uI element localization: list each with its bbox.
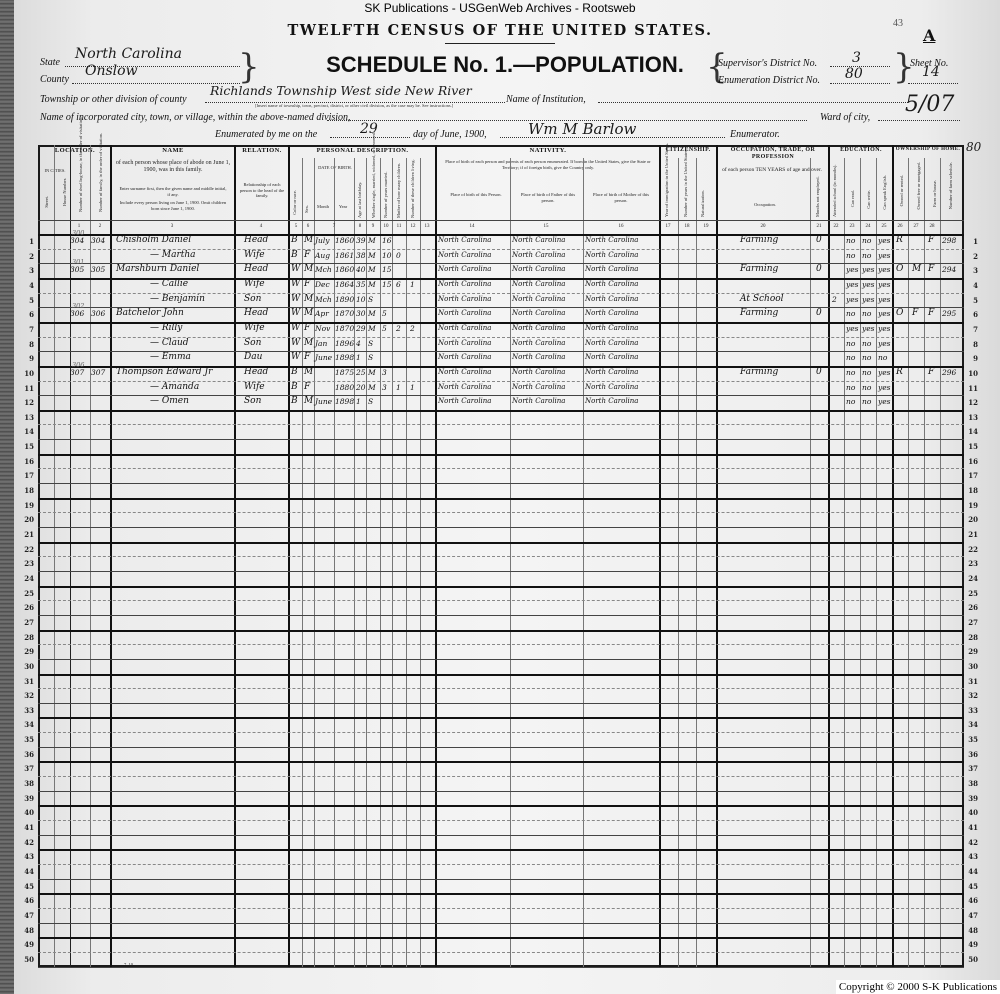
birth-month: Jan bbox=[315, 338, 327, 349]
birthplace-father: North Carolina bbox=[512, 382, 565, 393]
line-number-right: 38 bbox=[962, 779, 978, 788]
age: 38 bbox=[356, 250, 366, 261]
relation: Son bbox=[244, 396, 261, 407]
birthplace-father: North Carolina bbox=[512, 308, 565, 319]
row-divider bbox=[38, 410, 964, 412]
line-number-left: 35 bbox=[18, 735, 34, 744]
birth-year: 1898 bbox=[335, 396, 354, 407]
vheader-children-living: Number of these children living. bbox=[410, 160, 415, 218]
line-number-left: 14 bbox=[18, 427, 34, 436]
can-read: no bbox=[846, 396, 855, 407]
vheader-house: House Number. bbox=[62, 178, 67, 206]
person-name: — Omen bbox=[150, 396, 189, 407]
enumerator-label: Enumerator. bbox=[730, 129, 780, 140]
vheader-sex: Sex. bbox=[304, 205, 309, 213]
years-married: 16 bbox=[382, 235, 392, 246]
column-number: 20 bbox=[757, 224, 769, 229]
can-write: no bbox=[862, 367, 871, 378]
occupation: Farming bbox=[740, 367, 778, 378]
birth-year: 1875 bbox=[335, 367, 354, 378]
line-number-left: 13 bbox=[18, 413, 34, 422]
birthplace-person: North Carolina bbox=[438, 367, 491, 378]
header-personal-description: PERSONAL DESCRIPTION. bbox=[290, 147, 435, 154]
farm-or-house: F bbox=[928, 235, 934, 246]
column-number: 13 bbox=[421, 224, 433, 229]
sex: M bbox=[304, 338, 313, 349]
column-number: 23 bbox=[846, 224, 858, 229]
speaks-english: yes bbox=[878, 323, 891, 334]
column-number: 21 bbox=[813, 224, 825, 229]
marital-status: S bbox=[368, 396, 373, 407]
relation: Wife bbox=[244, 323, 265, 334]
birth-month: Nov bbox=[315, 323, 330, 334]
birthplace-person: North Carolina bbox=[438, 396, 491, 407]
can-read: no bbox=[846, 235, 855, 246]
line-number-left: 46 bbox=[18, 896, 34, 905]
line-number-left: 45 bbox=[18, 882, 34, 891]
header-month: Month bbox=[316, 204, 330, 210]
months-unemployed: 0 bbox=[816, 264, 822, 275]
schedule-title: SCHEDULE No. 1.—POPULATION. bbox=[300, 52, 710, 78]
marital-status: M bbox=[368, 264, 376, 275]
column-number: 12 bbox=[407, 224, 419, 229]
census-title: TWELFTH CENSUS OF THE UNITED STATES. bbox=[250, 22, 750, 39]
free-or-mortgaged: F bbox=[912, 308, 918, 319]
line-number-left: 33 bbox=[18, 706, 34, 715]
age: 10 bbox=[356, 294, 366, 305]
owned-or-rented: O bbox=[896, 264, 903, 275]
marital-status: M bbox=[368, 382, 376, 393]
sheet-side-letter: A bbox=[923, 26, 935, 45]
line-number-right: 9 bbox=[962, 354, 978, 363]
row-divider bbox=[38, 688, 964, 689]
vheader-speak-english: Can speak English. bbox=[882, 175, 887, 210]
row-divider bbox=[38, 674, 964, 676]
column-number: 25 bbox=[878, 224, 890, 229]
birthplace-mother: North Carolina bbox=[585, 279, 638, 290]
mother-of-children: 6 bbox=[396, 279, 401, 290]
row-divider bbox=[38, 820, 964, 821]
vheader-farm-schedule: Number of farm schedule. bbox=[948, 162, 953, 209]
line-number-left: 9 bbox=[18, 354, 34, 363]
line-number-right: 30 bbox=[962, 662, 978, 671]
sex: M bbox=[304, 235, 313, 246]
sheet-value: 14 bbox=[922, 64, 940, 80]
line-number-left: 20 bbox=[18, 515, 34, 524]
line-number-left: 2 bbox=[18, 252, 34, 261]
years-married: 15 bbox=[382, 279, 392, 290]
birthplace-father: North Carolina bbox=[512, 352, 565, 363]
age: 30 bbox=[356, 308, 366, 319]
enumerator-name: Wm M Barlow bbox=[528, 120, 636, 138]
township-value: Richlands Township West side New River bbox=[210, 83, 472, 98]
vheader-naturalization: Naturalization. bbox=[700, 175, 705, 217]
row-divider bbox=[38, 849, 964, 851]
township-label: Township or other division of county bbox=[40, 94, 187, 105]
line-number-left: 12 bbox=[18, 398, 34, 407]
person-name: — Claud bbox=[150, 338, 189, 349]
line-number-right: 15 bbox=[962, 442, 978, 451]
header-nativity-desc: Place of birth of each person and parent… bbox=[442, 159, 654, 170]
occupation: Farming bbox=[740, 264, 778, 275]
speaks-english: yes bbox=[878, 396, 891, 407]
birthplace-father: North Carolina bbox=[512, 367, 565, 378]
line-number-left: 5 bbox=[18, 296, 34, 305]
years-married: 5 bbox=[382, 308, 387, 319]
person-name: — Callie bbox=[150, 279, 188, 290]
institution-label: Name of Institution, bbox=[506, 94, 586, 105]
years-married: 5 bbox=[382, 323, 387, 334]
birth-year: 1896 bbox=[335, 338, 354, 349]
mother-of-children: 1 bbox=[396, 382, 401, 393]
institution-field bbox=[598, 92, 908, 103]
row-divider bbox=[38, 512, 964, 513]
line-number-right: 33 bbox=[962, 706, 978, 715]
column-number: 15 bbox=[540, 224, 552, 229]
sex: F bbox=[304, 382, 310, 393]
copyright-notice: Copyright © 2000 S-K Publications bbox=[836, 980, 1000, 994]
birthplace-father: North Carolina bbox=[512, 250, 565, 261]
mother-of-children: 0 bbox=[396, 250, 401, 261]
header-name-note1: Enter surname first, then the given name… bbox=[118, 186, 228, 197]
enumerated-date-label: day of June, 1900, bbox=[413, 129, 487, 140]
line-number-left: 30 bbox=[18, 662, 34, 671]
birth-year: 1870 bbox=[335, 323, 354, 334]
line-number-left: 47 bbox=[18, 911, 34, 920]
birthplace-father: North Carolina bbox=[512, 264, 565, 275]
vheader-mortgaged: Owned free or mortgaged. bbox=[916, 162, 921, 209]
vheader-mother-of: Mother of how many children. bbox=[396, 160, 401, 218]
line-number-left: 7 bbox=[18, 325, 34, 334]
birthplace-person: North Carolina bbox=[438, 294, 491, 305]
line-number-left: 17 bbox=[18, 471, 34, 480]
line-number-left: 48 bbox=[18, 926, 34, 935]
birthplace-mother: North Carolina bbox=[585, 338, 638, 349]
birth-month: Aug bbox=[315, 250, 330, 261]
line-number-right: 10 bbox=[962, 369, 978, 378]
relation: Dau bbox=[244, 352, 262, 363]
row-divider bbox=[38, 498, 964, 500]
column-number: 2 bbox=[94, 224, 106, 229]
marital-status: M bbox=[368, 367, 376, 378]
family-number: 306 bbox=[91, 308, 105, 319]
line-number-left: 32 bbox=[18, 691, 34, 700]
birthplace-person: North Carolina bbox=[438, 308, 491, 319]
birthplace-mother: North Carolina bbox=[585, 308, 638, 319]
color-race: W bbox=[291, 264, 300, 275]
row-divider bbox=[38, 468, 964, 469]
can-write: no bbox=[862, 338, 871, 349]
marital-status: M bbox=[368, 308, 376, 319]
column-number: 4 bbox=[255, 224, 267, 229]
row-divider bbox=[38, 791, 964, 792]
relation: Head bbox=[244, 367, 268, 378]
birthplace-mother: North Carolina bbox=[585, 264, 638, 275]
birthplace-father: North Carolina bbox=[512, 279, 565, 290]
vheader-age: Age at last birthday. bbox=[357, 170, 362, 218]
row-divider bbox=[38, 879, 964, 880]
years-married: 3 bbox=[382, 367, 387, 378]
speaks-english: yes bbox=[878, 250, 891, 261]
header-nativity: NATIVITY. bbox=[437, 147, 659, 154]
birthplace-mother: North Carolina bbox=[585, 323, 638, 334]
enumerated-label: Enumerated by me on the bbox=[215, 129, 317, 140]
birth-year: 1860 bbox=[335, 264, 354, 275]
sex: F bbox=[304, 279, 310, 290]
birth-year: 1861 bbox=[335, 250, 354, 261]
birth-month: June bbox=[315, 396, 332, 407]
vheader-color: Color or race. bbox=[292, 190, 297, 215]
line-number-right: 12 bbox=[962, 398, 978, 407]
row-divider bbox=[38, 952, 964, 953]
column-number: 28 bbox=[926, 224, 938, 229]
row-divider bbox=[38, 571, 964, 572]
birthplace-person: North Carolina bbox=[438, 264, 491, 275]
line-number-left: 18 bbox=[18, 486, 34, 495]
birthplace-mother: North Carolina bbox=[585, 396, 638, 407]
row-divider bbox=[38, 732, 964, 733]
line-number-right: 44 bbox=[962, 867, 978, 876]
sex: M bbox=[304, 396, 313, 407]
header-birth-person: Place of birth of this Person. bbox=[442, 192, 510, 198]
birth-month: July bbox=[315, 235, 329, 246]
column-number: 10 bbox=[380, 224, 392, 229]
birthplace-mother: North Carolina bbox=[585, 250, 638, 261]
line-number-left: 39 bbox=[18, 794, 34, 803]
vheader-attended-school: Attended school (in months). bbox=[832, 165, 837, 217]
ward-label: Ward of city, bbox=[820, 112, 870, 123]
line-number-left: 43 bbox=[18, 852, 34, 861]
column-number: 11 bbox=[393, 224, 405, 229]
header-name-note2: Include every person living on June 1, 1… bbox=[118, 200, 228, 211]
line-number-right: 43 bbox=[962, 852, 978, 861]
color-race: B bbox=[291, 382, 298, 393]
can-read: yes bbox=[846, 294, 859, 305]
sex: F bbox=[304, 352, 310, 363]
person-name: Batchelor John bbox=[116, 308, 184, 319]
column-number: 9 bbox=[367, 224, 379, 229]
children-living: 1 bbox=[410, 382, 415, 393]
county-value: Onslow bbox=[85, 63, 138, 79]
birthplace-father: North Carolina bbox=[512, 323, 565, 334]
years-married: 15 bbox=[382, 264, 392, 275]
row-divider bbox=[38, 747, 964, 748]
row-divider bbox=[38, 659, 964, 660]
header-relation: RELATION. bbox=[236, 147, 288, 154]
farm-or-house: F bbox=[928, 308, 934, 319]
row-divider bbox=[38, 776, 964, 777]
color-race: B bbox=[291, 367, 298, 378]
speaks-english: yes bbox=[878, 264, 891, 275]
line-number-left: 25 bbox=[18, 589, 34, 598]
line-number-left: 16 bbox=[18, 457, 34, 466]
age: 35 bbox=[356, 279, 366, 290]
birthplace-father: North Carolina bbox=[512, 294, 565, 305]
row-divider bbox=[38, 893, 964, 895]
header-divider bbox=[38, 220, 964, 221]
relation: Head bbox=[244, 308, 268, 319]
birthplace-person: North Carolina bbox=[438, 235, 491, 246]
vheader-farm-house: Farm or house. bbox=[932, 180, 937, 207]
can-write: no bbox=[862, 235, 871, 246]
state-value: North Carolina bbox=[75, 46, 182, 62]
birthplace-mother: North Carolina bbox=[585, 294, 638, 305]
birth-month: June bbox=[315, 352, 332, 363]
marital-status: S bbox=[368, 294, 373, 305]
line-number-right: 48 bbox=[962, 926, 978, 935]
struck-dwelling-number: 306 bbox=[72, 360, 84, 371]
line-number-left: 42 bbox=[18, 838, 34, 847]
children-living: 2 bbox=[410, 323, 415, 334]
supervisor-label: Supervisor's District No. bbox=[718, 58, 817, 69]
column-number: 22 bbox=[830, 224, 842, 229]
column-number: 8 bbox=[354, 224, 366, 229]
birthplace-person: North Carolina bbox=[438, 279, 491, 290]
county-label: County bbox=[40, 74, 69, 85]
speaks-english: yes bbox=[878, 235, 891, 246]
row-divider bbox=[38, 586, 964, 588]
birth-year: 1898 bbox=[335, 352, 354, 363]
city-label: Name of incorporated city, town, or vill… bbox=[40, 112, 351, 123]
header-birth-father: Place of birth of Father of this person. bbox=[514, 192, 582, 203]
line-number-right: 35 bbox=[962, 735, 978, 744]
header-in-cities: IN CITIES. bbox=[40, 168, 70, 174]
sex: F bbox=[304, 323, 310, 334]
line-number-right: 37 bbox=[962, 764, 978, 773]
row-divider bbox=[38, 967, 964, 968]
can-read: no bbox=[846, 338, 855, 349]
title-rule bbox=[445, 43, 555, 44]
line-number-right: 24 bbox=[962, 574, 978, 583]
line-number-right: 6 bbox=[962, 310, 978, 319]
sex: M bbox=[304, 294, 313, 305]
vheader-years-us: Number of years in the United States. bbox=[683, 165, 688, 217]
column-number: 7 bbox=[328, 224, 340, 229]
row-divider bbox=[38, 703, 964, 704]
farm-schedule-number: 296 bbox=[942, 367, 956, 378]
months-unemployed: 0 bbox=[816, 367, 822, 378]
line-number-left: 3 bbox=[18, 266, 34, 275]
color-race: W bbox=[291, 279, 300, 290]
farm-or-house: F bbox=[928, 264, 934, 275]
can-read: no bbox=[846, 250, 855, 261]
birthplace-father: North Carolina bbox=[512, 338, 565, 349]
speaks-english: yes bbox=[878, 294, 891, 305]
speaks-english: no bbox=[878, 352, 887, 363]
line-number-right: 18 bbox=[962, 486, 978, 495]
header-ownership: OWNERSHIP OF HOME. bbox=[894, 147, 962, 152]
sex: M bbox=[304, 308, 313, 319]
age: 4 bbox=[356, 338, 361, 349]
archive-banner: SK Publications - USGenWeb Archives - Ro… bbox=[0, 1, 1000, 15]
age: 1 bbox=[356, 396, 361, 407]
vheader-years-married: Number of years married. bbox=[383, 160, 388, 218]
farm-schedule-number: 294 bbox=[942, 264, 956, 275]
row-divider bbox=[38, 761, 964, 763]
line-number-left: 21 bbox=[18, 530, 34, 539]
birthplace-person: North Carolina bbox=[438, 382, 491, 393]
birth-year: 1890 bbox=[335, 294, 354, 305]
line-number-right: 7 bbox=[962, 325, 978, 334]
mother-of-children: 2 bbox=[396, 323, 401, 334]
header-occupation: OCCUPATION, TRADE, OR PROFESSION bbox=[718, 147, 828, 161]
row-divider bbox=[38, 644, 964, 645]
birthplace-mother: North Carolina bbox=[585, 352, 638, 363]
line-number-left: 40 bbox=[18, 808, 34, 817]
age: 25 bbox=[356, 367, 366, 378]
line-number-left: 37 bbox=[18, 764, 34, 773]
family-number: 304 bbox=[91, 235, 105, 246]
speaks-english: yes bbox=[878, 367, 891, 378]
row-divider bbox=[38, 527, 964, 528]
line-number-right: 1 bbox=[962, 237, 978, 246]
line-number-right: 25 bbox=[962, 589, 978, 598]
birthplace-mother: North Carolina bbox=[585, 382, 638, 393]
header-name: NAME bbox=[112, 147, 234, 154]
row-divider bbox=[38, 483, 964, 484]
farm-schedule-number: 295 bbox=[942, 308, 956, 319]
birth-year: 1870 bbox=[335, 308, 354, 319]
line-number-left: 15 bbox=[18, 442, 34, 451]
family-number: 305 bbox=[91, 264, 105, 275]
line-number-right: 32 bbox=[962, 691, 978, 700]
ward-value: 5/07 bbox=[905, 92, 954, 117]
line-number-right: 2 bbox=[962, 252, 978, 261]
color-race: B bbox=[291, 250, 298, 261]
line-number-right: 3 bbox=[962, 266, 978, 275]
row-divider bbox=[38, 835, 964, 836]
line-number-right: 26 bbox=[962, 603, 978, 612]
can-write: no bbox=[862, 382, 871, 393]
supervisor-value: 3 bbox=[852, 50, 861, 66]
line-number-left: 34 bbox=[18, 720, 34, 729]
sex: M bbox=[304, 264, 313, 275]
marital-status: M bbox=[368, 279, 376, 290]
line-number-left: 26 bbox=[18, 603, 34, 612]
owned-or-rented: R bbox=[896, 235, 903, 246]
line-number-right: 28 bbox=[962, 633, 978, 642]
line-number-left: 44 bbox=[18, 867, 34, 876]
line-number-right: 8 bbox=[962, 340, 978, 349]
birthplace-person: North Carolina bbox=[438, 250, 491, 261]
header-relation-desc: Relationship of each person to the head … bbox=[238, 182, 286, 199]
line-number-right: 42 bbox=[962, 838, 978, 847]
sex: F bbox=[304, 250, 310, 261]
column-number: 27 bbox=[910, 224, 922, 229]
column-number: 19 bbox=[700, 224, 712, 229]
relation: Son bbox=[244, 294, 261, 305]
column-number: 6 bbox=[302, 224, 314, 229]
column-number: 3 bbox=[166, 224, 178, 229]
line-number-left: 24 bbox=[18, 574, 34, 583]
birthplace-person: North Carolina bbox=[438, 352, 491, 363]
struck-dwelling-number: 301 bbox=[72, 257, 84, 268]
line-number-left: 38 bbox=[18, 779, 34, 788]
relation: Wife bbox=[244, 382, 265, 393]
enumeration-value: 80 bbox=[845, 66, 863, 82]
can-read: yes bbox=[846, 264, 859, 275]
color-race: W bbox=[291, 294, 300, 305]
age: 1 bbox=[356, 352, 361, 363]
header-occupation-desc: of each person TEN YEARS of age and over… bbox=[722, 168, 822, 174]
line-number-right: 11 bbox=[962, 384, 978, 393]
line-number-left: 19 bbox=[18, 501, 34, 510]
person-name: — Amanda bbox=[150, 382, 199, 393]
occupation: Farming bbox=[740, 308, 778, 319]
header-birth-mother: Place of birth of Mother of this person. bbox=[586, 192, 656, 203]
vheader-can-read: Can read. bbox=[850, 190, 855, 207]
line-number-left: 8 bbox=[18, 340, 34, 349]
